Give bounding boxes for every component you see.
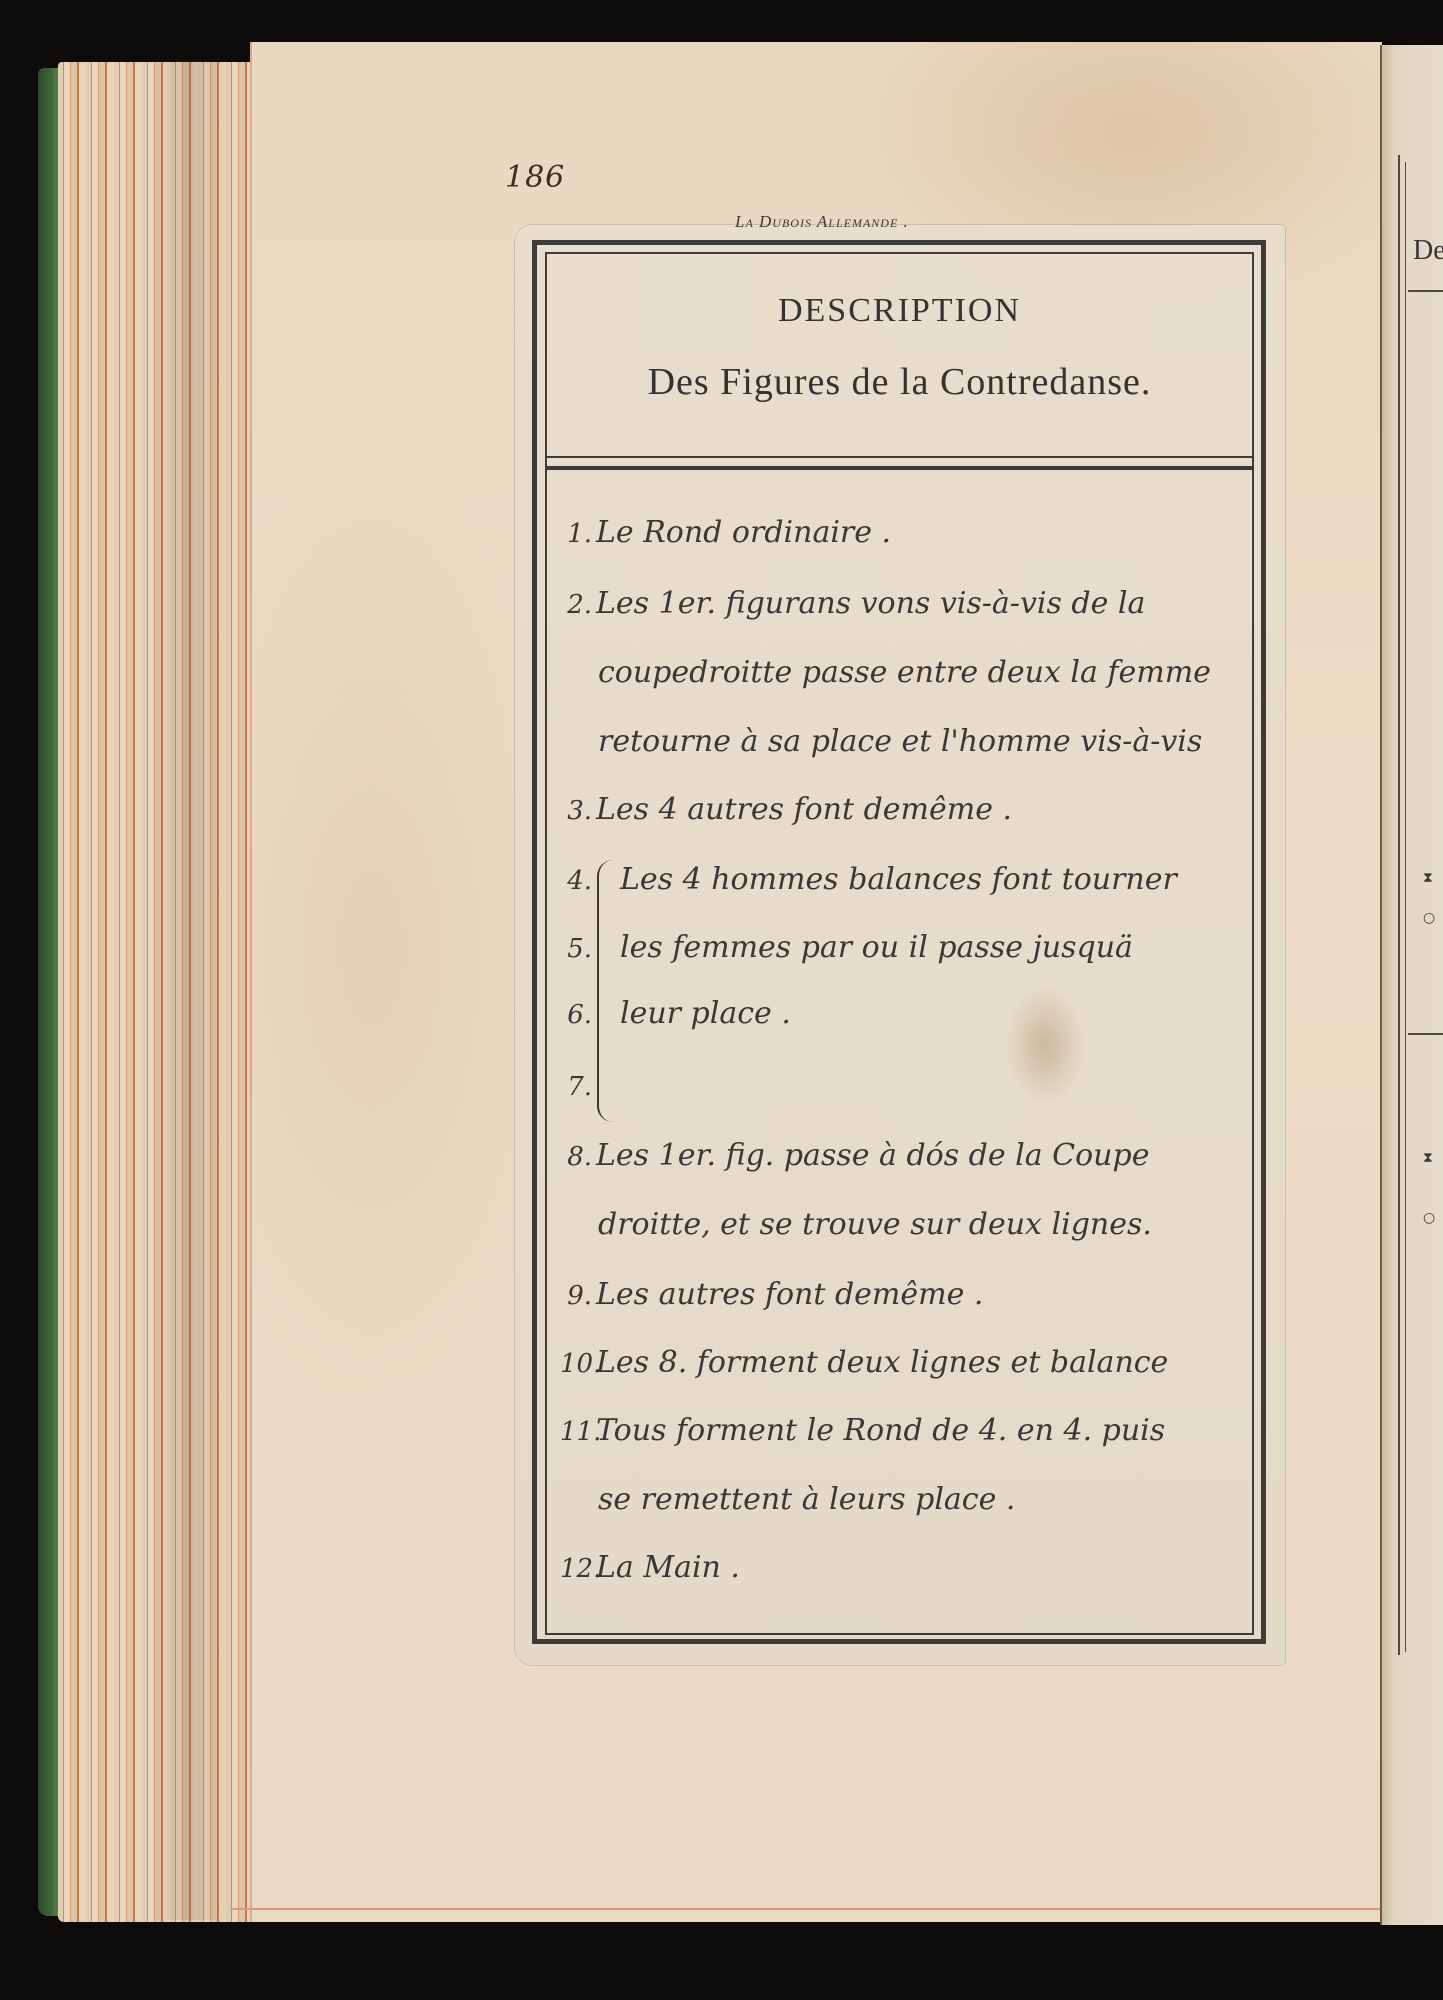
plate-subtitle: Des Figures de la Contredanse.	[545, 360, 1254, 404]
figure-entry-2-cont: retourne à sa place et l'homme vis-à-vis	[560, 724, 1298, 759]
header-divider	[545, 456, 1254, 458]
entry-number: 11.	[560, 1417, 592, 1447]
entry-text: leur place .	[596, 996, 791, 1031]
dancer-symbol-icon: ⧗	[1423, 1150, 1433, 1166]
figure-entry-11-cont: se remettent à leurs place .	[560, 1482, 1298, 1517]
figure-entry-10: 10.Les 8. forment deux lignes et balance	[560, 1345, 1260, 1380]
figure-entry-9: 9.Les autres font demême .	[560, 1277, 1260, 1312]
entry-number: 8.	[560, 1142, 592, 1172]
entry-text: Les 4 hommes balances font tourner	[596, 862, 1177, 897]
plate-title: DESCRIPTION	[545, 292, 1254, 330]
entry-number: 6.	[560, 1000, 592, 1030]
entry-text: les femmes par ou il passe jusquä	[596, 930, 1133, 965]
figure-entry-2: 2.Les 1er. figurans vons vis-à-vis de la	[560, 586, 1260, 621]
entry-number: 1.	[560, 519, 592, 549]
entry-text: Les 8. forment deux lignes et balance	[596, 1345, 1168, 1380]
entry-text: se remettent à leurs place .	[598, 1482, 1015, 1517]
entry-text: Tous forment le Rond de 4. en 4. puis	[596, 1413, 1165, 1448]
entry-text: Les autres font demême .	[596, 1277, 983, 1312]
page-edge-rule	[230, 1908, 1380, 1910]
entry-text: Les 1er. figurans vons vis-à-vis de la	[596, 586, 1145, 621]
entry-number: 9.	[560, 1281, 592, 1311]
dancer-symbol-icon: ⧗	[1423, 870, 1433, 886]
entry-number: 2.	[560, 590, 592, 620]
entry-text: Les 4 autres font demême .	[596, 792, 1012, 827]
entry-number: 12.	[560, 1554, 592, 1584]
entry-text: La Main .	[596, 1550, 740, 1585]
entry-number: 3.	[560, 796, 592, 826]
entry-text: retourne à sa place et l'homme vis-à-vis	[598, 724, 1202, 759]
facing-page-text: De	[1413, 235, 1443, 267]
entry-text: droitte, et se trouve sur deux lignes.	[598, 1207, 1152, 1242]
figure-entry-8-cont: droitte, et se trouve sur deux lignes.	[560, 1207, 1298, 1242]
entry-number: 7.	[560, 1072, 592, 1102]
page-number: 186	[505, 160, 565, 195]
entry-number: 4.	[560, 866, 592, 896]
dancer-symbol-icon: ○	[1423, 1210, 1435, 1226]
figure-entry-7: 7.	[560, 1068, 1260, 1103]
entry-number: 5.	[560, 934, 592, 964]
figure-entry-5: 5.les femmes par ou il passe jusquä	[560, 930, 1260, 965]
figure-entry-8: 8.Les 1er. fig. passe à dós de la Coupe	[560, 1138, 1260, 1173]
figure-entry-1: 1.Le Rond ordinaire .	[560, 515, 1260, 550]
entry-number: 10.	[560, 1349, 592, 1379]
figure-entry-4: 4.Les 4 hommes balances font tourner	[560, 862, 1260, 897]
running-head: La Dubois Allemande .	[735, 212, 1125, 232]
header-divider	[545, 466, 1254, 470]
figure-entry-11: 11.Tous forment le Rond de 4. en 4. puis	[560, 1413, 1260, 1448]
dancer-symbol-icon: ○	[1423, 910, 1435, 926]
facing-page-divider	[1408, 1033, 1443, 1035]
figure-entry-3: 3.Les 4 autres font demême .	[560, 792, 1260, 827]
entry-text: Les 1er. fig. passe à dós de la Coupe	[596, 1138, 1149, 1173]
figure-entry-6: 6.leur place .	[560, 996, 1260, 1031]
facing-page-divider	[1408, 290, 1443, 292]
figure-entry-2-cont: coupedroitte passe entre deux la femme	[560, 655, 1298, 690]
facing-page-frame-inner	[1405, 162, 1443, 1652]
entry-text: Le Rond ordinaire .	[596, 515, 891, 550]
figure-entry-12: 12.La Main .	[560, 1550, 1260, 1585]
page-edge-shadow	[150, 60, 230, 1920]
entry-text: coupedroitte passe entre deux la femme	[598, 655, 1211, 690]
